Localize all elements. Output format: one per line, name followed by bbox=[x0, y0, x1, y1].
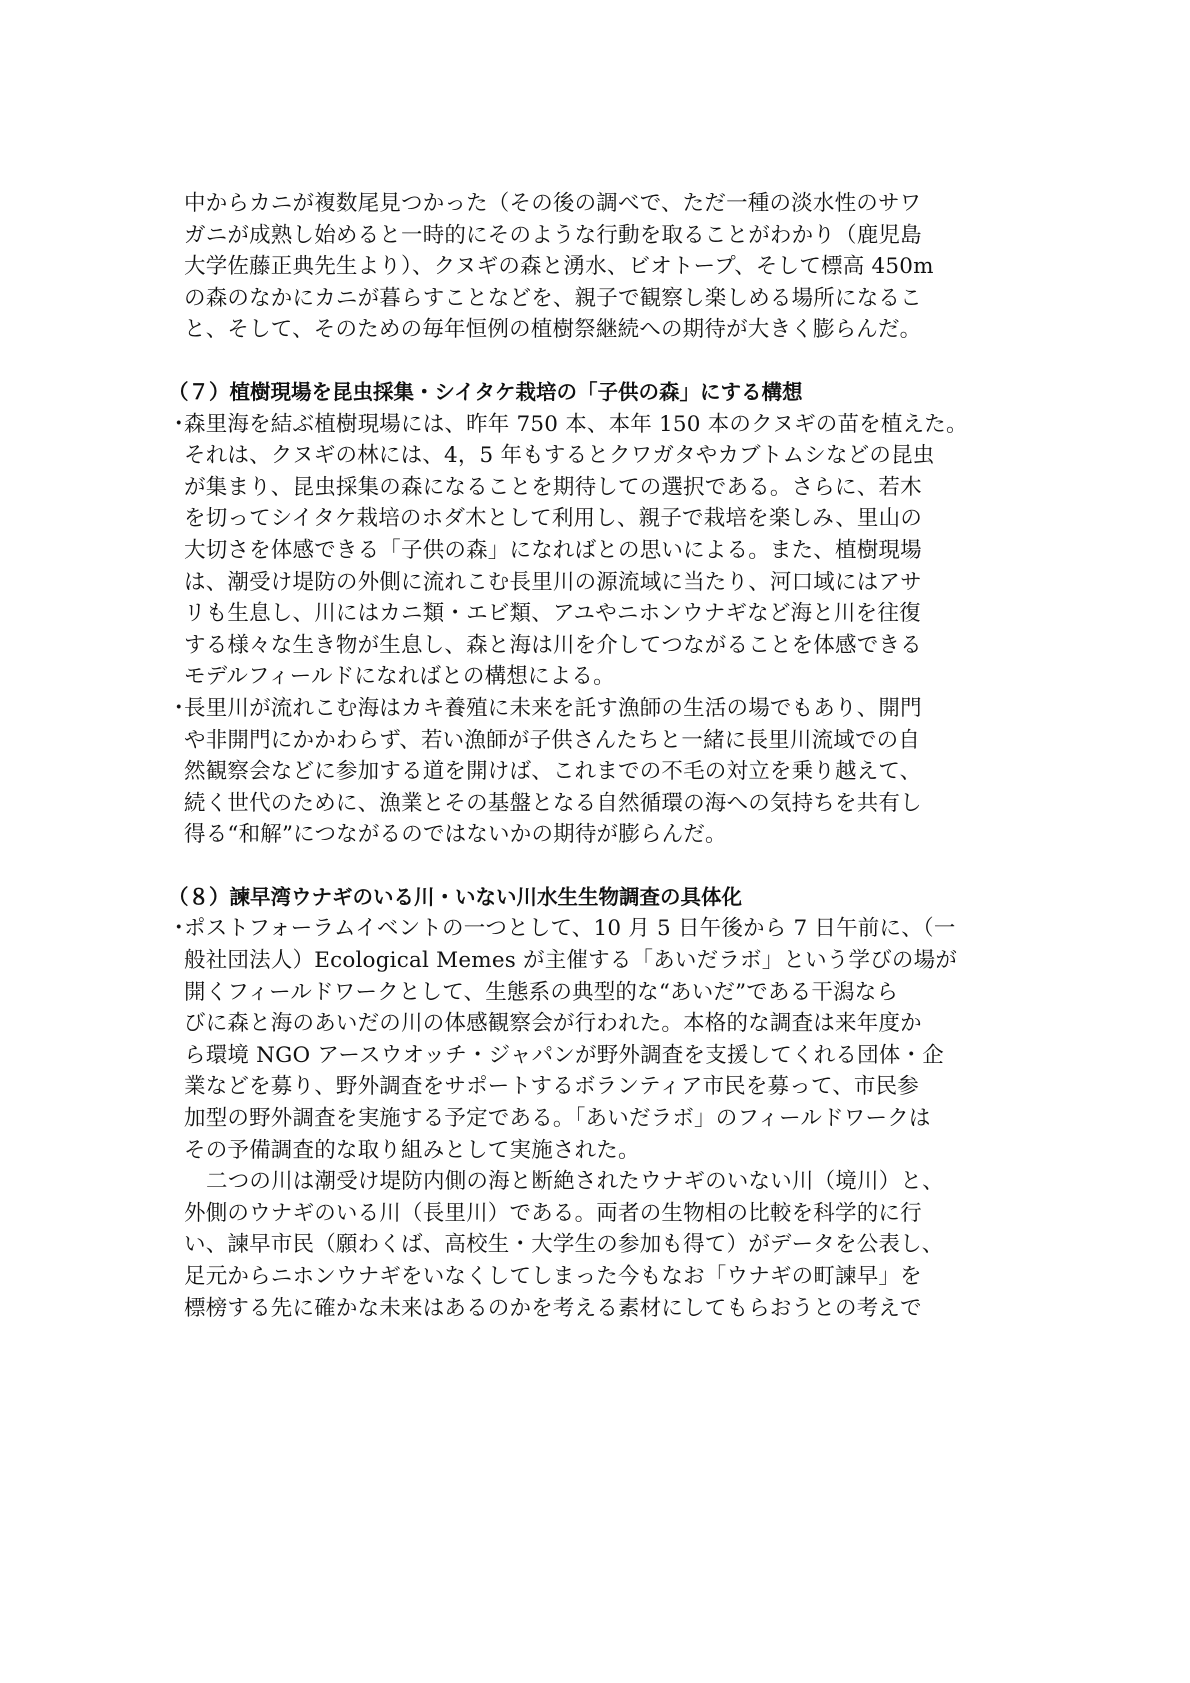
spacer bbox=[168, 346, 1028, 377]
text-line: が集まり、昆虫採集の森になることを期待しての選択である。さらに、若木 bbox=[168, 472, 1028, 504]
text-line: ら環境 NGO アースウオッチ・ジャパンが野外調査を支援してくれる団体・企 bbox=[168, 1040, 1028, 1072]
text-line: 二つの川は潮受け堤防内側の海と断絶されたウナギのいない川（境川）と、 bbox=[168, 1166, 1028, 1198]
bullet-icon: ・ bbox=[168, 693, 190, 725]
text-line: 足元からニホンウナギをいなくしてしまった今もなお「ウナギの町諫早」を bbox=[168, 1261, 1028, 1293]
continuation-paragraph: 中からカニが複数尾見つかった（その後の調べで、ただ一種の淡水性のサワ ガニが成熟… bbox=[168, 188, 1028, 346]
text-line: 続く世代のために、漁業とその基盤となる自然循環の海への気持ちを共有し bbox=[168, 788, 1028, 820]
section-7: （７）植樹現場を昆虫採集・シイタケ栽培の「子供の森」にする構想 ・ 森里海を結ぶ… bbox=[168, 377, 1028, 851]
text-line: その予備調査的な取り組みとして実施された。 bbox=[168, 1135, 1028, 1167]
bullet-icon: ・ bbox=[168, 913, 190, 945]
text-line: ・ 森里海を結ぶ植樹現場には、昨年 750 本、本年 150 本のクヌギの苗を植… bbox=[168, 409, 1028, 441]
text-line: 業などを募り、野外調査をサポートするボランティア市民を募って、市民参 bbox=[168, 1071, 1028, 1103]
text-line: と、そして、そのための毎年恒例の植樹祭継続への期待が大きく膨らんだ。 bbox=[168, 314, 1028, 346]
section-heading: （７）植樹現場を昆虫採集・シイタケ栽培の「子供の森」にする構想 bbox=[168, 377, 1028, 409]
text-line: や非開門にかかわらず、若い漁師が子供さんたちと一緒に長里川流域での自 bbox=[168, 725, 1028, 757]
text-line: ・ ポストフォーラムイベントの一つとして、10 月 5 日午後から 7 日午前に… bbox=[168, 913, 1028, 945]
text-line: 然観察会などに参加する道を開けば、これまでの不毛の対立を乗り越えて、 bbox=[168, 756, 1028, 788]
text-line: は、潮受け堤防の外側に流れこむ長里川の源流域に当たり、河口域にはアサ bbox=[168, 567, 1028, 599]
bullet-icon: ・ bbox=[168, 409, 190, 441]
bullet-item: ・ 森里海を結ぶ植樹現場には、昨年 750 本、本年 150 本のクヌギの苗を植… bbox=[168, 409, 1028, 693]
spacer bbox=[168, 851, 1028, 882]
text-line: モデルフィールドになればとの構想による。 bbox=[168, 661, 1028, 693]
bullet-item: ・ 長里川が流れこむ海はカキ養殖に未来を託す漁師の生活の場でもあり、開門 や非開… bbox=[168, 693, 1028, 851]
text-line: 外側のウナギのいる川（長里川）である。両者の生物相の比較を科学的に行 bbox=[168, 1198, 1028, 1230]
text-line: 得る“和解”につながるのではないかの期待が膨らんだ。 bbox=[168, 819, 1028, 851]
text-line: ガニが成熟し始めると一時的にそのような行動を取ることがわかり（鹿児島 bbox=[168, 220, 1028, 252]
text-line: を切ってシイタケ栽培のホダ木として利用し、親子で栽培を楽しみ、里山の bbox=[168, 503, 1028, 535]
text-line: それは、クヌギの林には、4，5 年もするとクワガタやカブトムシなどの昆虫 bbox=[168, 440, 1028, 472]
text-line: 中からカニが複数尾見つかった（その後の調べで、ただ一種の淡水性のサワ bbox=[168, 188, 1028, 220]
text-line: びに森と海のあいだの川の体感観察会が行われた。本格的な調査は来年度か bbox=[168, 1008, 1028, 1040]
text-line: 般社団法人）Ecological Memes が主催する「あいだラボ」という学び… bbox=[168, 945, 1028, 977]
section-8: （８）諫早湾ウナギのいる川・いない川水生生物調査の具体化 ・ ポストフォーラムイ… bbox=[168, 882, 1028, 1324]
text-line: する様々な生き物が生息し、森と海は川を介してつながることを体感できる bbox=[168, 630, 1028, 662]
text-line: の森のなかにカニが暮らすことなどを、親子で観察し楽しめる場所になるこ bbox=[168, 283, 1028, 315]
text-line: 大切さを体感できる「子供の森」になればとの思いによる。また、植樹現場 bbox=[168, 535, 1028, 567]
body-paragraph: 二つの川は潮受け堤防内側の海と断絶されたウナギのいない川（境川）と、 外側のウナ… bbox=[168, 1166, 1028, 1324]
text-line: 開くフィールドワークとして、生態系の典型的な“あいだ”である干潟なら bbox=[168, 977, 1028, 1009]
text-line: ・ 長里川が流れこむ海はカキ養殖に未来を託す漁師の生活の場でもあり、開門 bbox=[168, 693, 1028, 725]
text-line: 加型の野外調査を実施する予定である。「あいだラボ」のフィールドワークは bbox=[168, 1103, 1028, 1135]
text-line: リも生息し、川にはカニ類・エビ類、アユやニホンウナギなど海と川を往復 bbox=[168, 598, 1028, 630]
bullet-item: ・ ポストフォーラムイベントの一つとして、10 月 5 日午後から 7 日午前に… bbox=[168, 913, 1028, 1166]
section-heading: （８）諫早湾ウナギのいる川・いない川水生生物調査の具体化 bbox=[168, 882, 1028, 914]
text-line: い、諫早市民（願わくば、高校生・大学生の参加も得て）がデータを公表し、 bbox=[168, 1229, 1028, 1261]
text-line: 標榜する先に確かな未来はあるのかを考える素材にしてもらおうとの考えで bbox=[168, 1293, 1028, 1325]
text-line: 大学佐藤正典先生より）、クヌギの森と湧水、ビオトープ、そして標高 450m bbox=[168, 251, 1028, 283]
document-page: 中からカニが複数尾見つかった（その後の調べで、ただ一種の淡水性のサワ ガニが成熟… bbox=[168, 188, 1028, 1324]
